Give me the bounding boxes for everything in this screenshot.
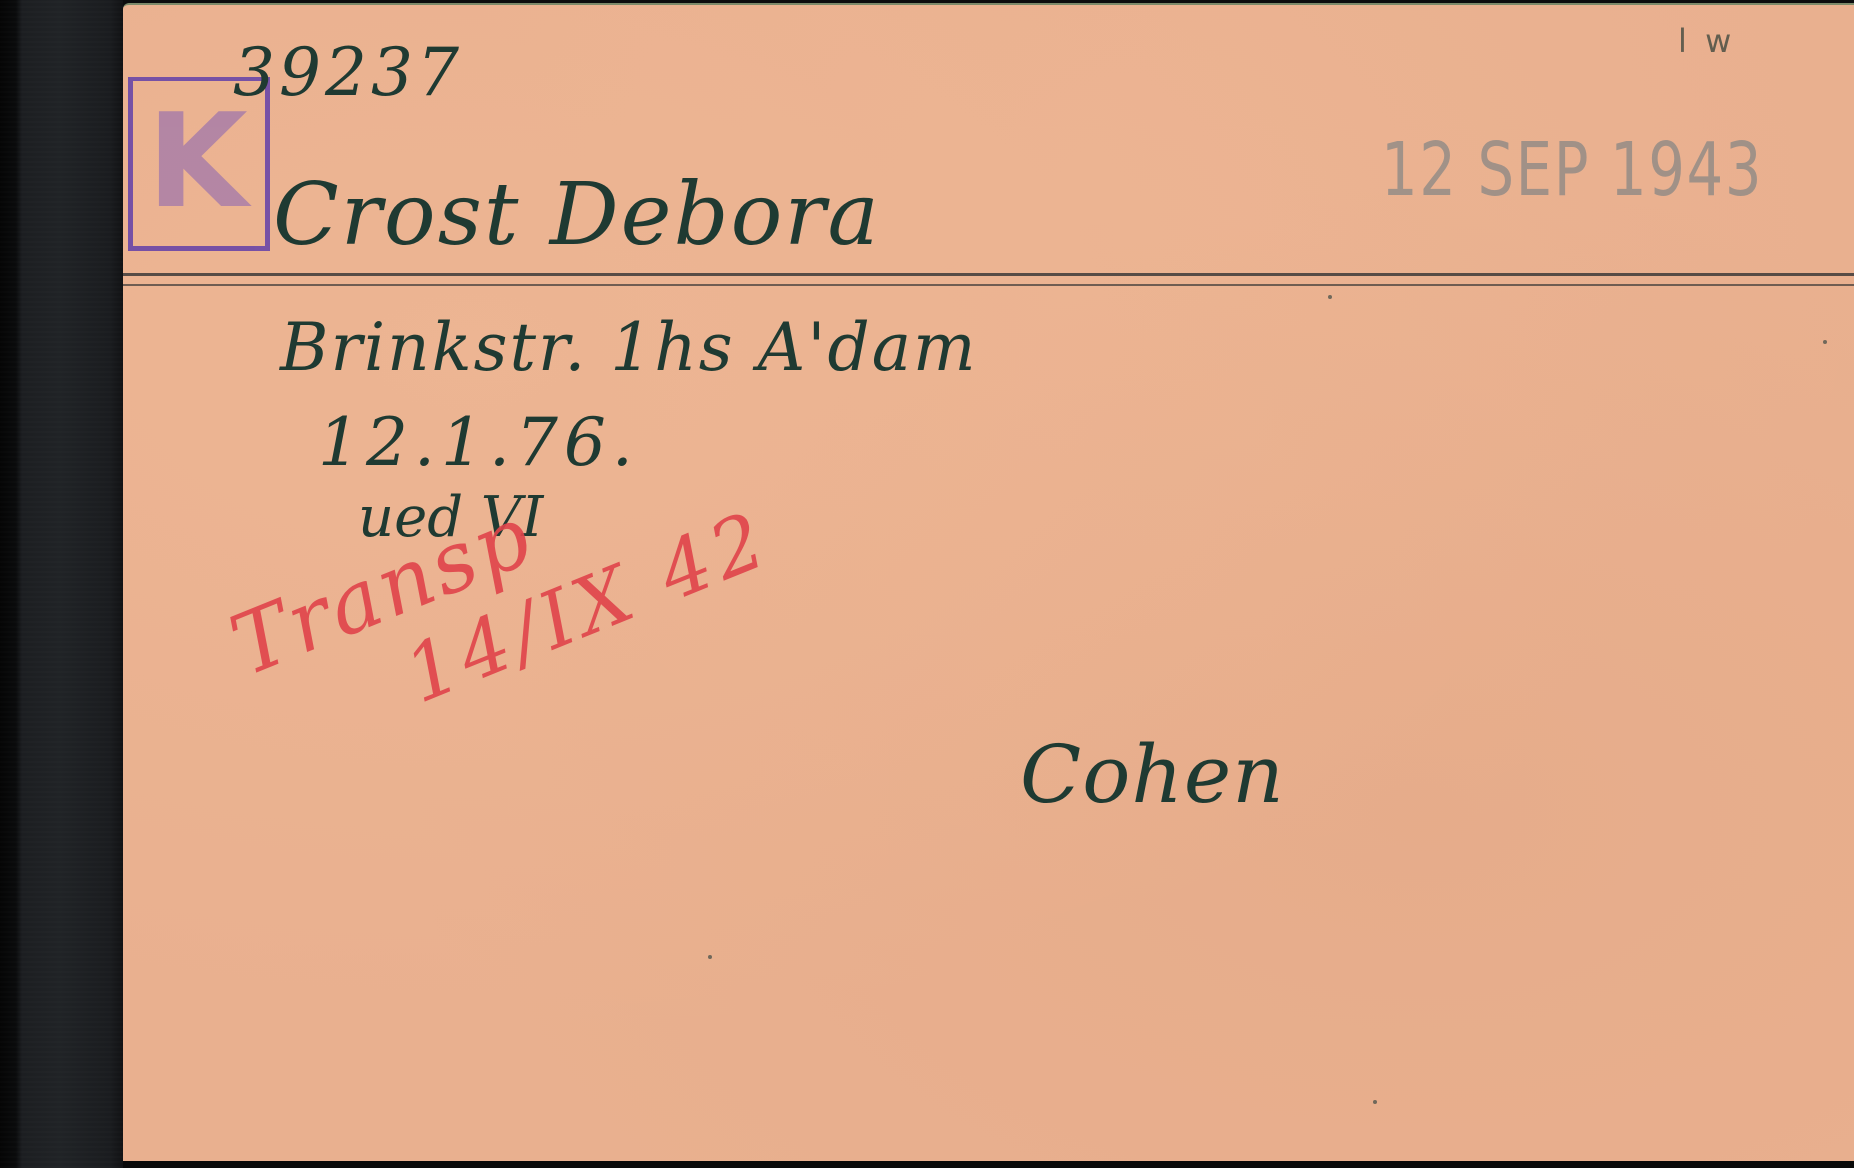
ink-speck <box>708 955 712 959</box>
index-card: K 39237 Crost Debora 12 SEP 1943 l w Bri… <box>123 3 1854 1161</box>
header-divider-thin <box>123 284 1854 286</box>
bottom-edge <box>123 1161 1854 1168</box>
corner-marks: l w <box>1678 21 1735 61</box>
card-number: 39237 <box>233 33 463 113</box>
card-binding-strip <box>0 0 123 1168</box>
signature: Cohen <box>1020 725 1285 825</box>
date-stamp: 12 SEP 1943 <box>1381 123 1763 217</box>
address-line: Brinkstr. 1hs A'dam <box>280 305 978 391</box>
ink-speck <box>1328 295 1332 299</box>
person-name: Crost Debora <box>273 165 881 265</box>
header-divider-thick <box>123 273 1854 276</box>
ink-speck <box>1823 340 1827 344</box>
ink-speck <box>1373 1100 1377 1104</box>
